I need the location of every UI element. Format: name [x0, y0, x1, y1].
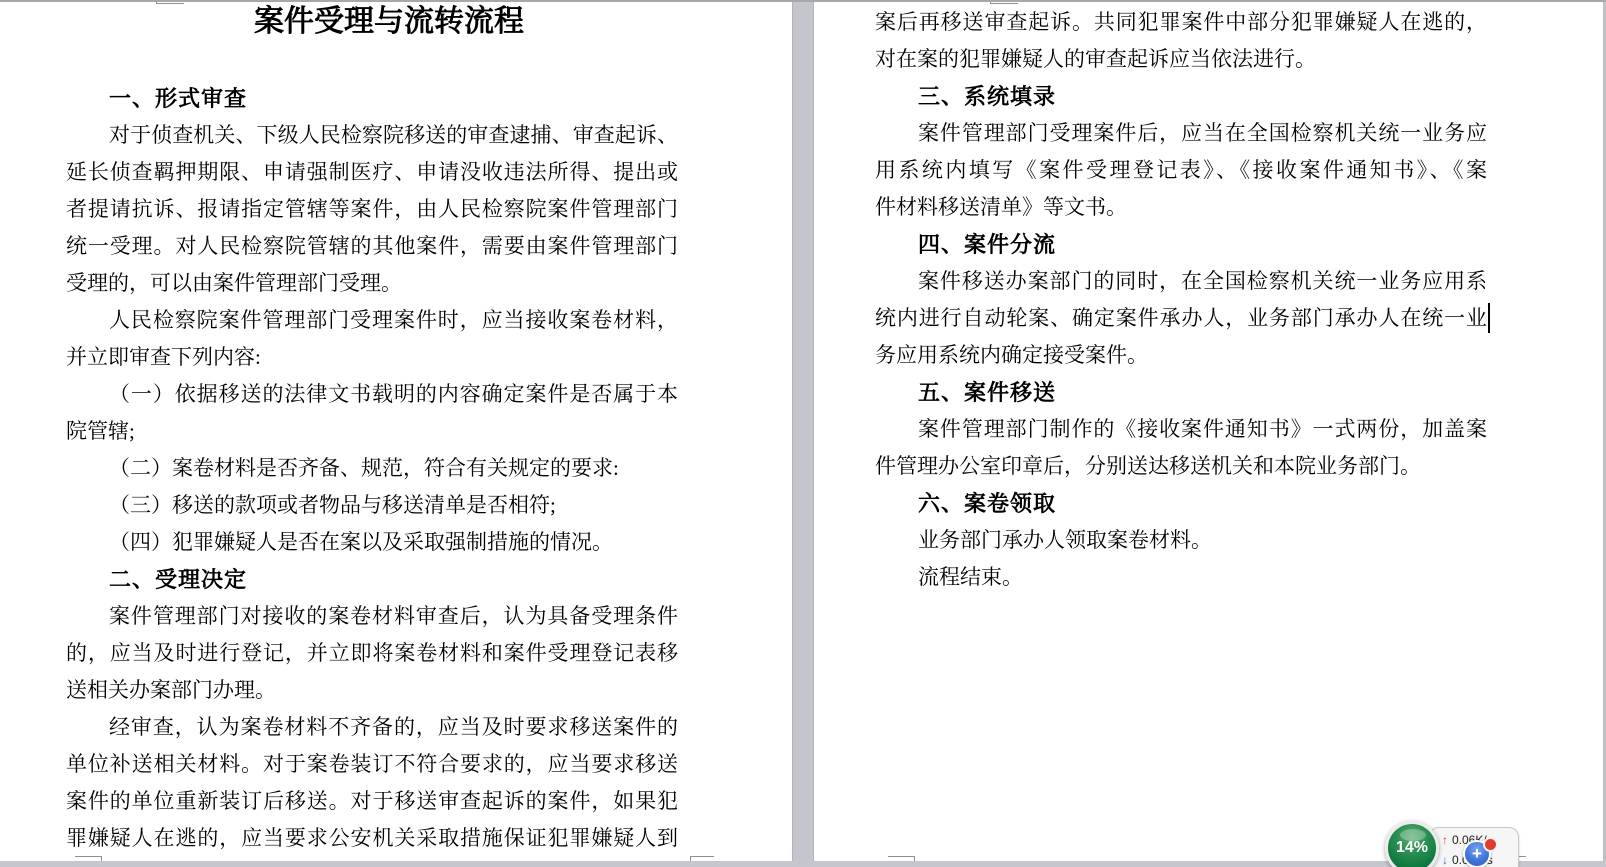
upload-arrow-icon: ↑ [1442, 833, 1448, 847]
section-heading: 一、形式审查 [66, 80, 678, 117]
window-top-edge [0, 0, 1606, 2]
text-line: 者提请抗诉、报请指定管辖等案件，由人民检察院案件管理部门 [66, 191, 678, 228]
text-line: （二）案卷材料是否齐备、规范，符合有关规定的要求: [66, 450, 678, 487]
text-line: 案件移送办案部门的同时，在全国检察机关统一业务应用系 [875, 263, 1487, 300]
text-line: 罪嫌疑人在逃的，应当要求公安机关采取措施保证犯罪嫌疑人到 [66, 820, 678, 857]
section-heading: 五、案件移送 [875, 374, 1487, 411]
speed-ball[interactable]: 14% [1385, 821, 1439, 867]
text-line: 并立即审查下列内容: [66, 339, 678, 376]
text-line: 案件管理部门受理案件后，应当在全国检察机关统一业务应 [875, 115, 1487, 152]
text-line: 务应用系统内确定接受案件。 [875, 337, 1487, 374]
text-boundary-mark [690, 856, 714, 857]
text-line: 案后再移送审查起诉。共同犯罪案件中部分犯罪嫌疑人在逃的， [875, 4, 1487, 41]
text-boundary-mark [990, 3, 1018, 4]
text-line: 对于侦查机关、下级人民检察院移送的审查逮捕、审查起诉、 [66, 117, 678, 154]
page-gap-divider [792, 0, 814, 867]
text-line: 流程结束。 [875, 559, 1487, 596]
text-line: 经审查，认为案卷材料不齐备的，应当及时要求移送案件的 [66, 709, 678, 746]
text-line: 件管理办公室印章后，分别送达移送机关和本院业务部门。 [875, 448, 1487, 485]
text-line: 延长侦查羁押期限、申请强制医疗、申请没收违法所得、提出或 [66, 154, 678, 191]
text-line: 统一受理。对人民检察院管辖的其他案件，需要由案件管理部门 [66, 228, 678, 265]
section-heading: 三、系统填录 [875, 78, 1487, 115]
title-spacer [66, 44, 678, 80]
percent-label: 14% [1396, 839, 1428, 857]
background-bottom-strip [0, 861, 1606, 867]
text-line: 院管辖; [66, 413, 678, 450]
section-heading: 六、案卷领取 [875, 485, 1487, 522]
download-arrow-icon: ↓ [1442, 853, 1448, 867]
section-heading: 四、案件分流 [875, 226, 1487, 263]
text-line: 案件管理部门对接收的案卷材料审查后，认为具备受理条件 [66, 598, 678, 635]
text-line: 案件管理部门制作的《接收案件通知书》一式两份，加盖案 [875, 411, 1487, 448]
text-line: 业务部门承办人领取案卷材料。 [875, 522, 1487, 559]
text-line: 单位补送相关材料。对于案卷装订不符合要求的，应当要求移送 [66, 746, 678, 783]
document-page-1[interactable]: 案件受理与流转流程 一、形式审查对于侦查机关、下级人民检察院移送的审查逮捕、审查… [66, 0, 678, 857]
text-line: 的，应当及时进行登记，并立即将案卷材料和案件受理登记表移 [66, 635, 678, 672]
text-line: 案件的单位重新装订后移送。对于移送审查起诉的案件，如果犯 [66, 783, 678, 820]
page-2-text: 案后再移送审查起诉。共同犯罪案件中部分犯罪嫌疑人在逃的，对在案的犯罪嫌疑人的审查… [875, 4, 1487, 596]
text-cursor [1488, 303, 1490, 333]
text-line: 人民检察院案件管理部门受理案件时，应当接收案卷材料， [66, 302, 678, 339]
text-line: （三）移送的款项或者物品与移送清单是否相符; [66, 487, 678, 524]
plus-icon: + [1472, 845, 1482, 862]
word-processor-canvas: { "app": { "background_color": "#c6c6ce"… [0, 0, 1606, 867]
text-line: 送相关办案部门办理。 [66, 672, 678, 709]
section-heading: 二、受理决定 [66, 561, 678, 598]
text-boundary-mark [888, 856, 915, 857]
text-line: 件材料移送清单》等文书。 [875, 189, 1487, 226]
page-1-text: 一、形式审查对于侦查机关、下级人民检察院移送的审查逮捕、审查起诉、延长侦查羁押期… [66, 80, 678, 857]
document-title: 案件受理与流转流程 [83, 0, 695, 44]
text-boundary-mark [156, 3, 184, 4]
text-line: 统内进行自动轮案、确定案件承办人，业务部门承办人在统一业 [875, 300, 1487, 337]
text-line: 用系统内填写《案件受理登记表》、《接收案件通知书》、《案 [875, 152, 1487, 189]
document-page-2[interactable]: 案后再移送审查起诉。共同犯罪案件中部分犯罪嫌疑人在逃的，对在案的犯罪嫌疑人的审查… [875, 4, 1487, 596]
text-line: 受理的，可以由案件管理部门受理。 [66, 265, 678, 302]
text-line: 对在案的犯罪嫌疑人的审查起诉应当依法进行。 [875, 41, 1487, 78]
text-line: （一）依据移送的法律文书载明的内容确定案件是否属于本 [66, 376, 678, 413]
text-line: （四）犯罪嫌疑人是否在案以及采取强制措施的情况。 [66, 524, 678, 561]
notification-dot [1483, 837, 1498, 852]
text-boundary-mark [75, 856, 102, 857]
floating-speed-widget[interactable]: ↑0.06K/s ↓0.05K/s 14% + [1383, 819, 1523, 867]
